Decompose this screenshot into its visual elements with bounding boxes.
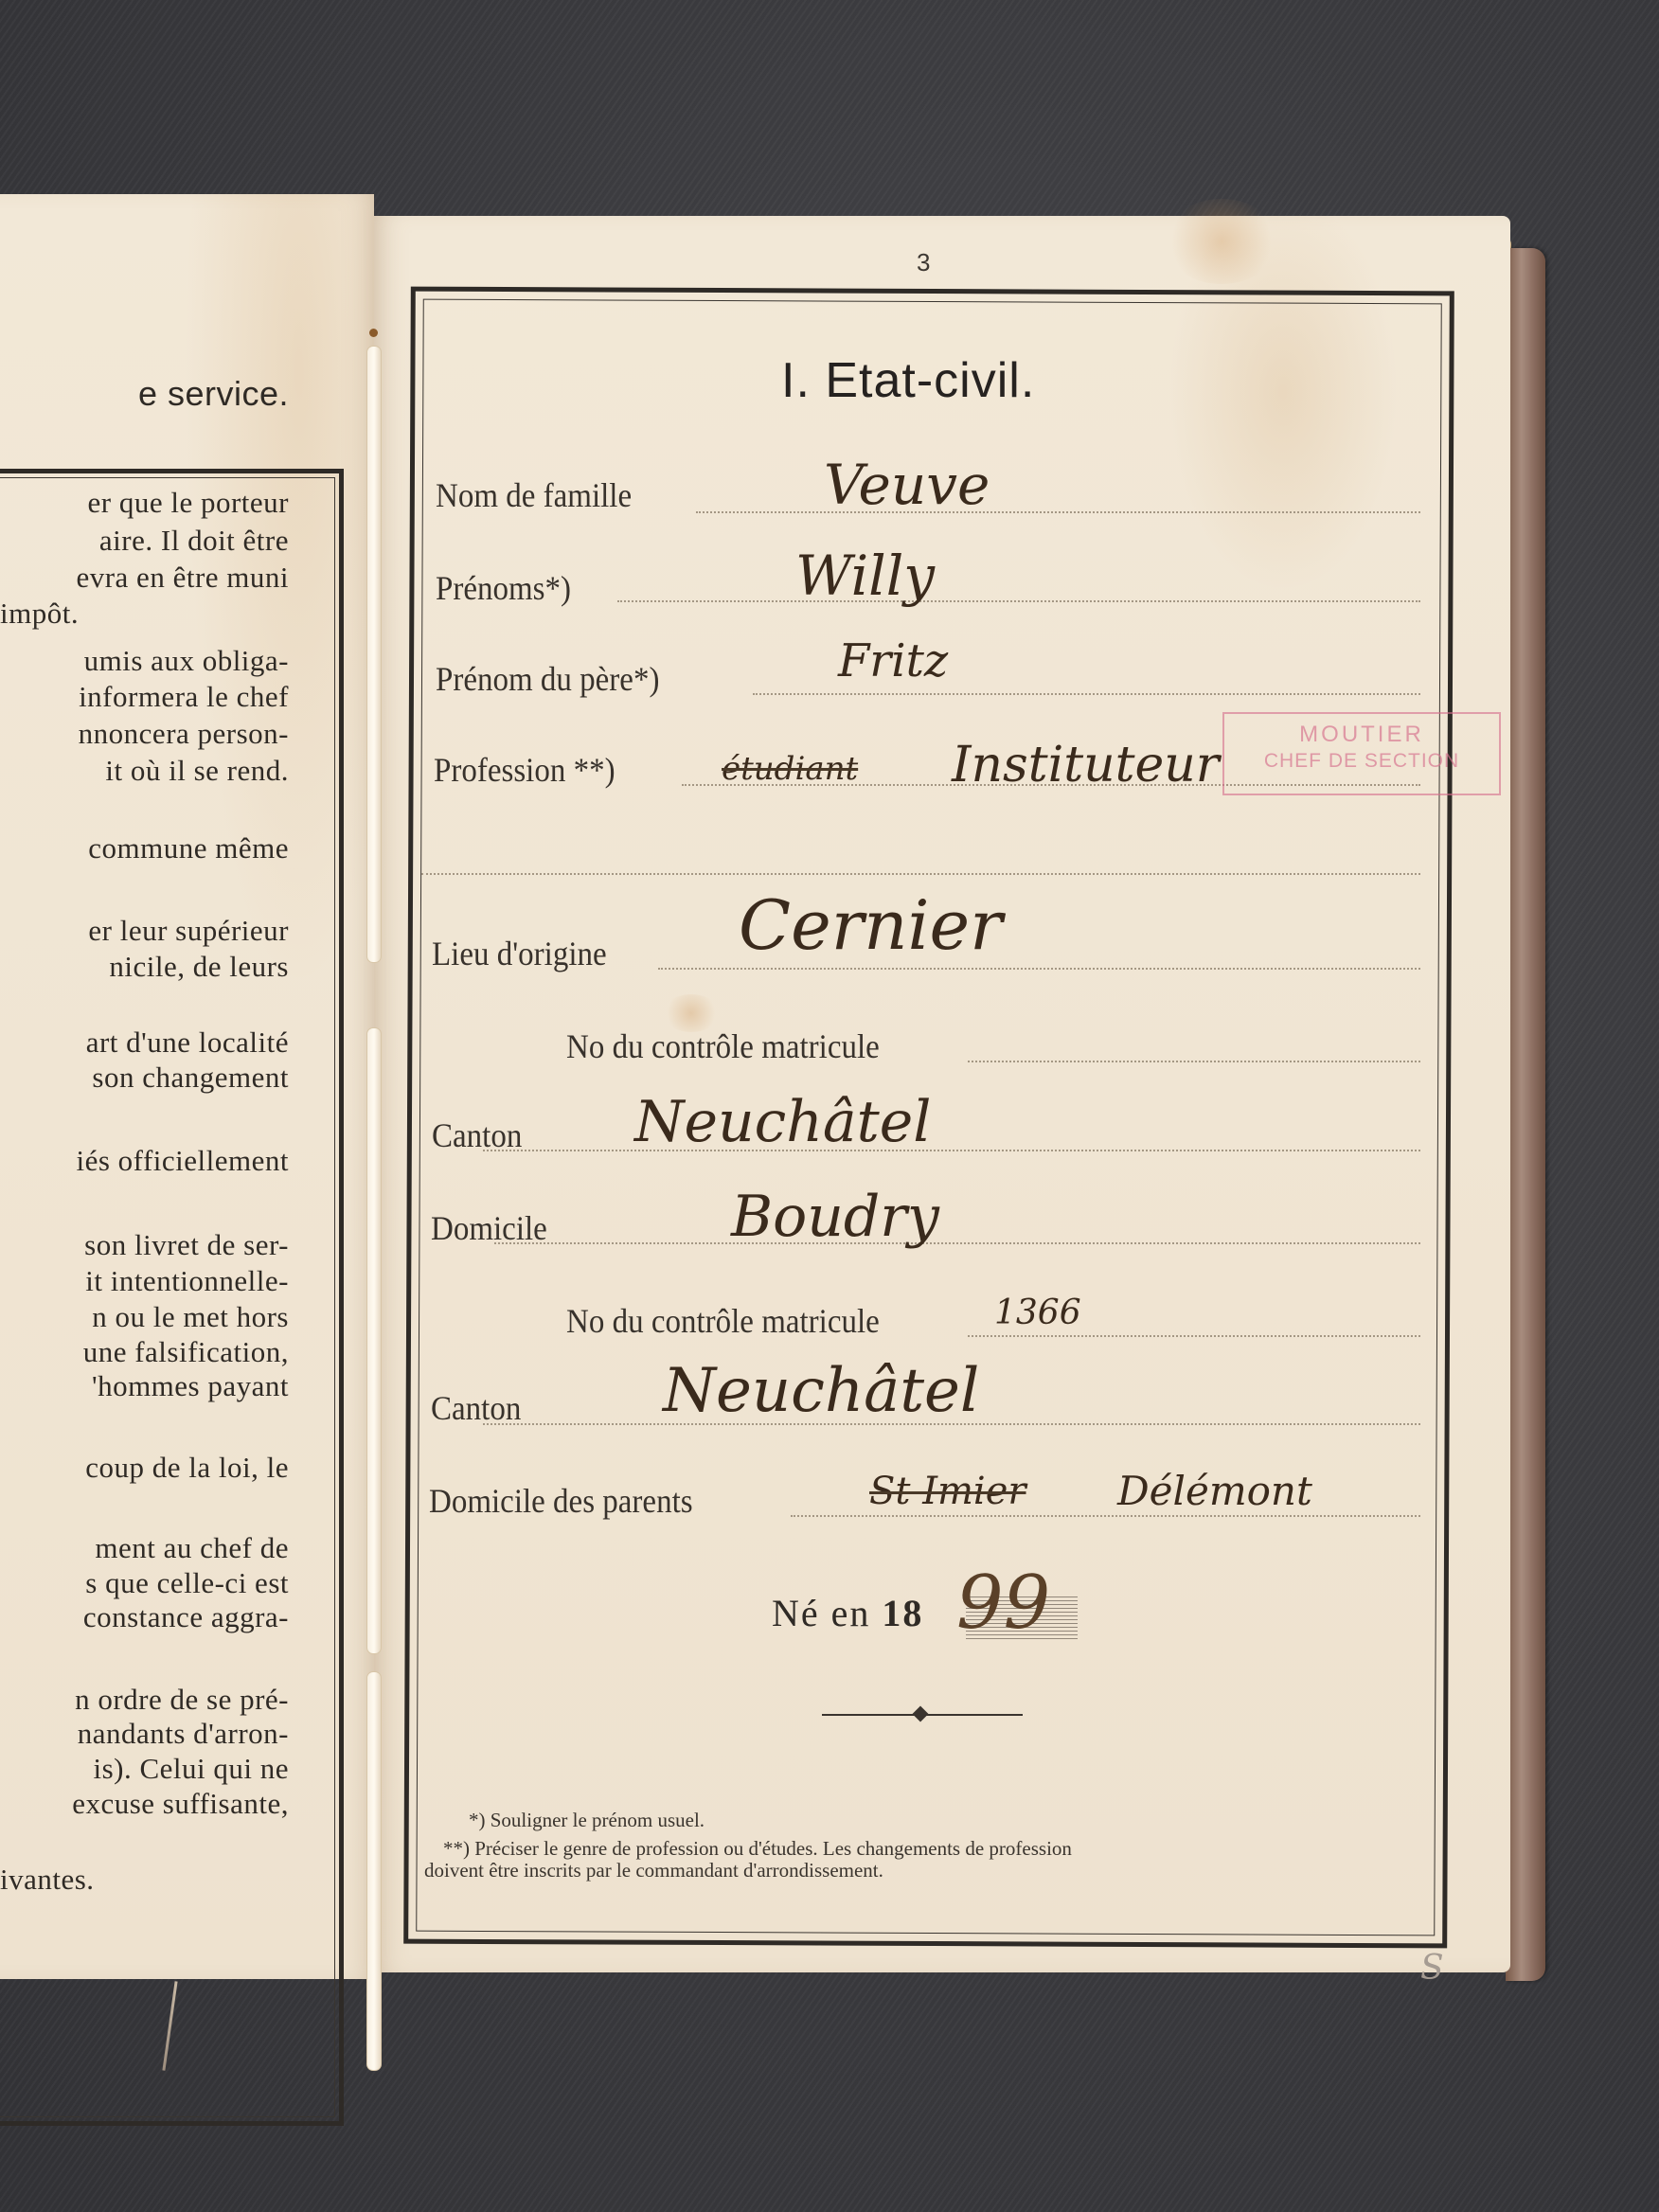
left-line: er leur supérieur	[88, 914, 289, 948]
left-line: evra en être muni	[76, 561, 289, 595]
left-line: n ordre de se pré-	[75, 1683, 289, 1717]
left-page: e service. er que le porteur aire. Il do…	[0, 194, 374, 1979]
left-line: nicile, de leurs	[109, 950, 289, 984]
dot-leader	[968, 1061, 1420, 1062]
left-line: son livret de ser-	[84, 1228, 289, 1262]
footnote-2-line2: doivent être inscrits par le commandant …	[424, 1859, 883, 1882]
left-line: it où il se rend.	[105, 754, 289, 788]
born-century: 18	[882, 1592, 923, 1634]
label-nom-de-famille: Nom de famille	[436, 478, 632, 516]
binding-stitch	[366, 1671, 382, 2071]
dot-leader	[696, 511, 1420, 513]
value-domicile-parents-struck: St Imier	[869, 1470, 1026, 1513]
left-heading: e service.	[138, 377, 289, 411]
back-cover-spine	[1506, 248, 1545, 1981]
born-label: Né en 18	[772, 1591, 923, 1635]
value-nom-de-famille: Veuve	[824, 453, 990, 517]
dot-leader	[421, 873, 1420, 875]
left-line: son changement	[92, 1061, 289, 1095]
value-canton-2: Neuchâtel	[663, 1356, 979, 1426]
stamp-line1: MOUTIER	[1224, 722, 1499, 748]
label-controle-matricule-2: No du contrôle matricule	[566, 1304, 880, 1342]
born-text: Né en	[772, 1592, 870, 1634]
value-controle-matricule-2: 1366	[994, 1293, 1081, 1332]
left-line: ment au chef de	[95, 1531, 289, 1565]
binding-stitch	[366, 1027, 382, 1654]
left-line: it intentionnelle-	[85, 1264, 289, 1298]
value-born-year: 99	[956, 1561, 1050, 1646]
left-line: umis aux obliga-	[84, 644, 289, 678]
value-lieu-origine: Cernier	[739, 885, 1003, 965]
value-prenom-du-pere: Fritz	[838, 634, 948, 687]
left-line: er que le porteur	[88, 486, 289, 520]
label-prenom-du-pere: Prénom du père*)	[436, 662, 659, 700]
left-line: excuse suffisante,	[72, 1787, 289, 1821]
left-line: commune même	[88, 831, 289, 865]
stamp-line2: CHEF DE SECTION	[1224, 750, 1499, 773]
footnote-1: *) Souligner le prénom usuel.	[469, 1809, 705, 1832]
value-domicile: Boudry	[731, 1184, 939, 1250]
label-controle-matricule-1: No du contrôle matricule	[566, 1029, 880, 1067]
page-number: 3	[917, 248, 930, 277]
section-title: I. Etat-civil.	[781, 352, 1035, 409]
pencil-mark: S	[1420, 1949, 1444, 1988]
left-line: s que celle-ci est	[85, 1566, 289, 1600]
value-profession: Instituteur	[952, 737, 1220, 794]
dot-leader	[791, 1515, 1420, 1517]
thread-knot-icon	[369, 329, 378, 337]
left-line: iés officiellement	[77, 1144, 290, 1178]
value-domicile-parents: Délémont	[1117, 1468, 1312, 1514]
dot-leader	[494, 1242, 1420, 1244]
left-line: une falsification,	[83, 1335, 289, 1369]
label-lieu-origine: Lieu d'origine	[432, 937, 607, 974]
ornament-divider	[822, 1709, 1023, 1721]
dot-leader	[968, 1335, 1420, 1337]
left-line: aire. Il doit être	[99, 524, 289, 558]
dot-leader	[617, 600, 1420, 602]
dot-leader	[658, 968, 1420, 970]
dot-leader	[483, 1150, 1420, 1151]
left-line: informera le chef	[79, 680, 289, 714]
binding-stitch	[366, 346, 382, 963]
left-line: impôt.	[0, 597, 79, 631]
left-line: 'hommes payant	[92, 1369, 289, 1403]
book-gutter-binding	[362, 194, 386, 1979]
value-canton-1: Neuchâtel	[634, 1089, 931, 1155]
footnote-2-line1: **) Préciser le genre de profession ou d…	[443, 1837, 1072, 1861]
label-domicile-parents: Domicile des parents	[429, 1484, 693, 1522]
paper-stain	[1165, 199, 1278, 284]
label-profession: Profession **)	[434, 753, 615, 791]
diamond-icon	[913, 1706, 929, 1722]
left-line: ivantes.	[0, 1863, 95, 1897]
left-line: nandants d'arron-	[78, 1717, 289, 1751]
left-line: nnoncera person-	[79, 717, 289, 751]
left-line: is). Celui qui ne	[93, 1752, 289, 1786]
left-line: n ou le met hors	[92, 1300, 289, 1334]
left-line: art d'une localité	[86, 1026, 289, 1060]
left-line: constance aggra-	[83, 1600, 289, 1634]
dot-leader	[753, 693, 1420, 695]
value-prenoms: Willy	[795, 544, 935, 608]
stamp-moutier: MOUTIER CHEF DE SECTION	[1222, 712, 1501, 795]
label-prenoms: Prénoms*)	[436, 571, 571, 609]
value-profession-struck: étudiant	[722, 750, 858, 788]
left-line: coup de la loi, le	[85, 1451, 289, 1485]
